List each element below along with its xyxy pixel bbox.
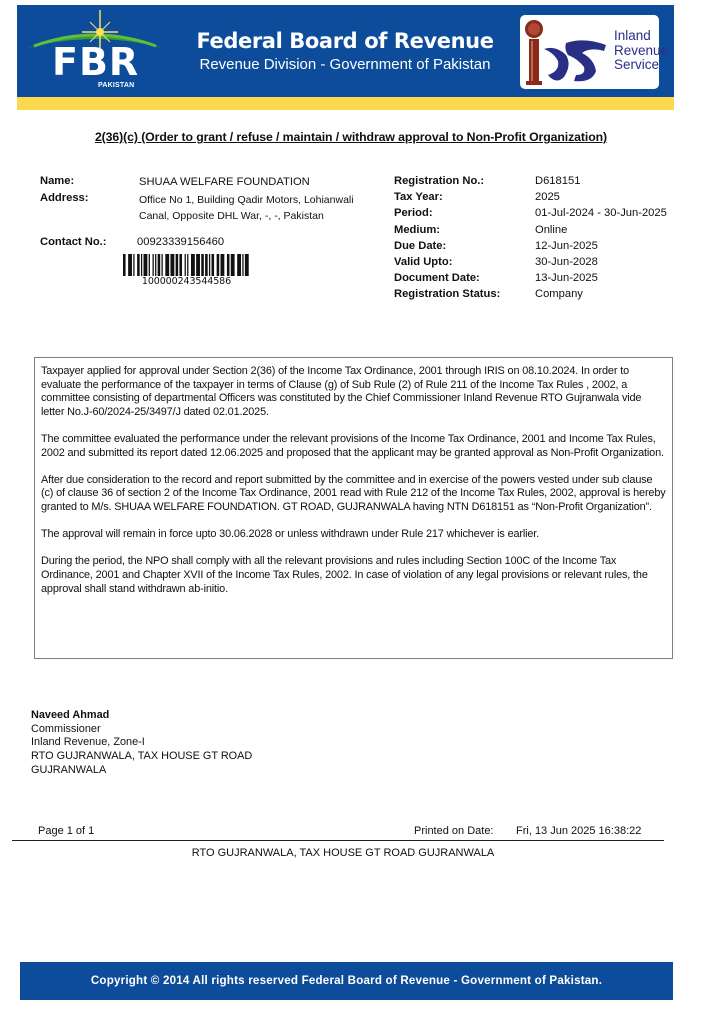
signatory-block: Naveed Ahmad Commissioner Inland Revenue… — [31, 709, 252, 778]
registration-field-value: D618151 — [535, 175, 580, 187]
paragraph: Taxpayer applied for approval under Sect… — [41, 365, 666, 419]
registration-field-label: Due Date: — [394, 240, 446, 252]
page-number: Page 1 of 1 — [38, 825, 94, 837]
footer-address: RTO GUJRANWALA, TAX HOUSE GT ROAD GUJRAN… — [0, 847, 686, 859]
registration-field-label: Period: — [394, 207, 433, 219]
registration-field-label: Tax Year: — [394, 191, 443, 203]
iris-logo: Inland Revenue Service — [520, 15, 659, 89]
registration-field-label: Registration No.: — [394, 175, 484, 187]
contact-label: Contact No.: — [40, 236, 107, 248]
registration-field-value: 2025 — [535, 191, 560, 203]
barcode-number: 100000243544586 — [123, 276, 250, 287]
copyright-text: Copyright © 2014 All rights reserved Fed… — [20, 974, 673, 987]
registration-field-value: Company — [535, 288, 583, 300]
registration-field-label: Medium: — [394, 224, 440, 236]
header-stripe — [17, 97, 674, 110]
paragraph: The committee evaluated the performance … — [41, 433, 666, 460]
contact-number: 00923339156460 — [137, 236, 224, 248]
barcode-icon — [123, 254, 250, 276]
paragraph: During the period, the NPO shall comply … — [41, 555, 666, 596]
registration-field-label: Valid Upto: — [394, 256, 452, 268]
taxpayer-address: Office No 1, Building Qadir Motors, Lohi… — [139, 192, 354, 224]
paragraph: After due consideration to the record an… — [41, 474, 666, 515]
signatory-line: Inland Revenue, Zone-I — [31, 736, 252, 750]
order-body: Taxpayer applied for approval under Sect… — [34, 357, 673, 659]
fbr-logo-text: FBR — [52, 40, 139, 84]
address-label: Address: — [40, 192, 89, 204]
registration-field-value: 01-Jul-2024 - 30-Jun-2025 — [535, 207, 667, 219]
signatory-line: Commissioner — [31, 723, 252, 737]
header-subtitle: Revenue Division - Government of Pakista… — [190, 56, 500, 73]
fbr-logo: FBR PAKISTAN — [20, 8, 170, 90]
signatory-line: GUJRANWALA — [31, 764, 252, 778]
fbr-logo-subtext: PAKISTAN — [98, 82, 134, 89]
registration-field-value: 13-Jun-2025 — [535, 272, 598, 284]
paragraph: The approval will remain in force upto 3… — [41, 528, 666, 542]
copyright-bar: Copyright © 2014 All rights reserved Fed… — [20, 962, 673, 1000]
printed-date-label: Printed on Date: — [414, 825, 494, 837]
registration-field-value: 30-Jun-2028 — [535, 256, 598, 268]
taxpayer-name: SHUAA WELFARE FOUNDATION — [139, 176, 310, 188]
iris-emblem-icon — [520, 15, 614, 89]
registration-field-value: Online — [535, 224, 567, 236]
header-title: Federal Board of Revenue — [190, 29, 500, 53]
iris-logo-text: Inland Revenue Service — [614, 29, 668, 73]
signatory-name: Naveed Ahmad — [31, 709, 252, 723]
registration-field-label: Registration Status: — [394, 288, 500, 300]
name-label: Name: — [40, 175, 74, 187]
printed-date-value: Fri, 13 Jun 2025 16:38:22 — [516, 825, 641, 837]
footer-divider — [12, 840, 664, 841]
registration-field-label: Document Date: — [394, 272, 480, 284]
document-title: 2(36)(c) (Order to grant / refuse / main… — [0, 130, 702, 144]
registration-field-value: 12-Jun-2025 — [535, 240, 598, 252]
signatory-line: RTO GUJRANWALA, TAX HOUSE GT ROAD — [31, 750, 252, 764]
